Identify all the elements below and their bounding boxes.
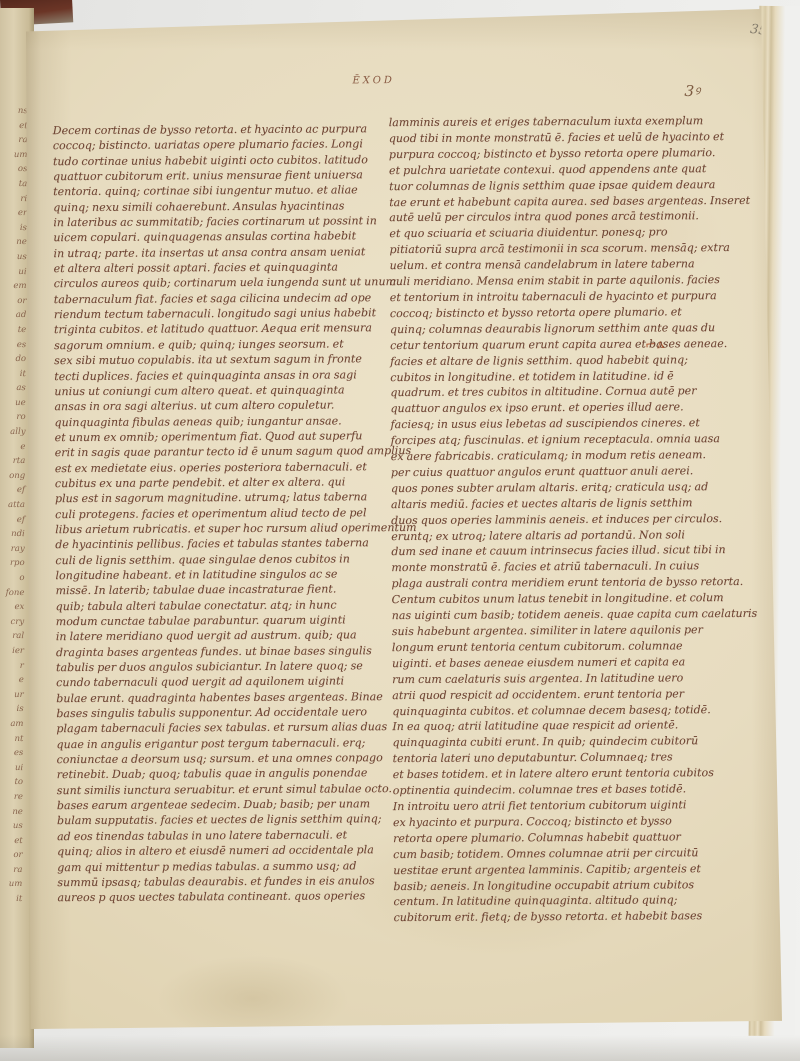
photo-bottom-shadow [0,1035,800,1061]
text-column-left: Decem cortinas de bysso retorta. et hyac… [53,121,419,906]
running-header: ĒXOD [352,75,395,86]
manuscript-photo: ns et ra um os ta ri er is ne us ui em o… [0,0,800,1061]
quire-mark: 3ꝰ [684,81,701,102]
text-column-right: lamminis aureis et eriges tabernaculum i… [389,113,759,926]
manuscript-page: ĒXOD 35 3ꝰ ⌐ʌ Decem cortinas de bysso re… [26,9,782,1029]
page-content: ĒXOD 35 3ꝰ ⌐ʌ Decem cortinas de bysso re… [26,7,788,1032]
gutter-showthrough-text: ns et ra um os ta ri er is ne us ui em o… [0,104,28,907]
